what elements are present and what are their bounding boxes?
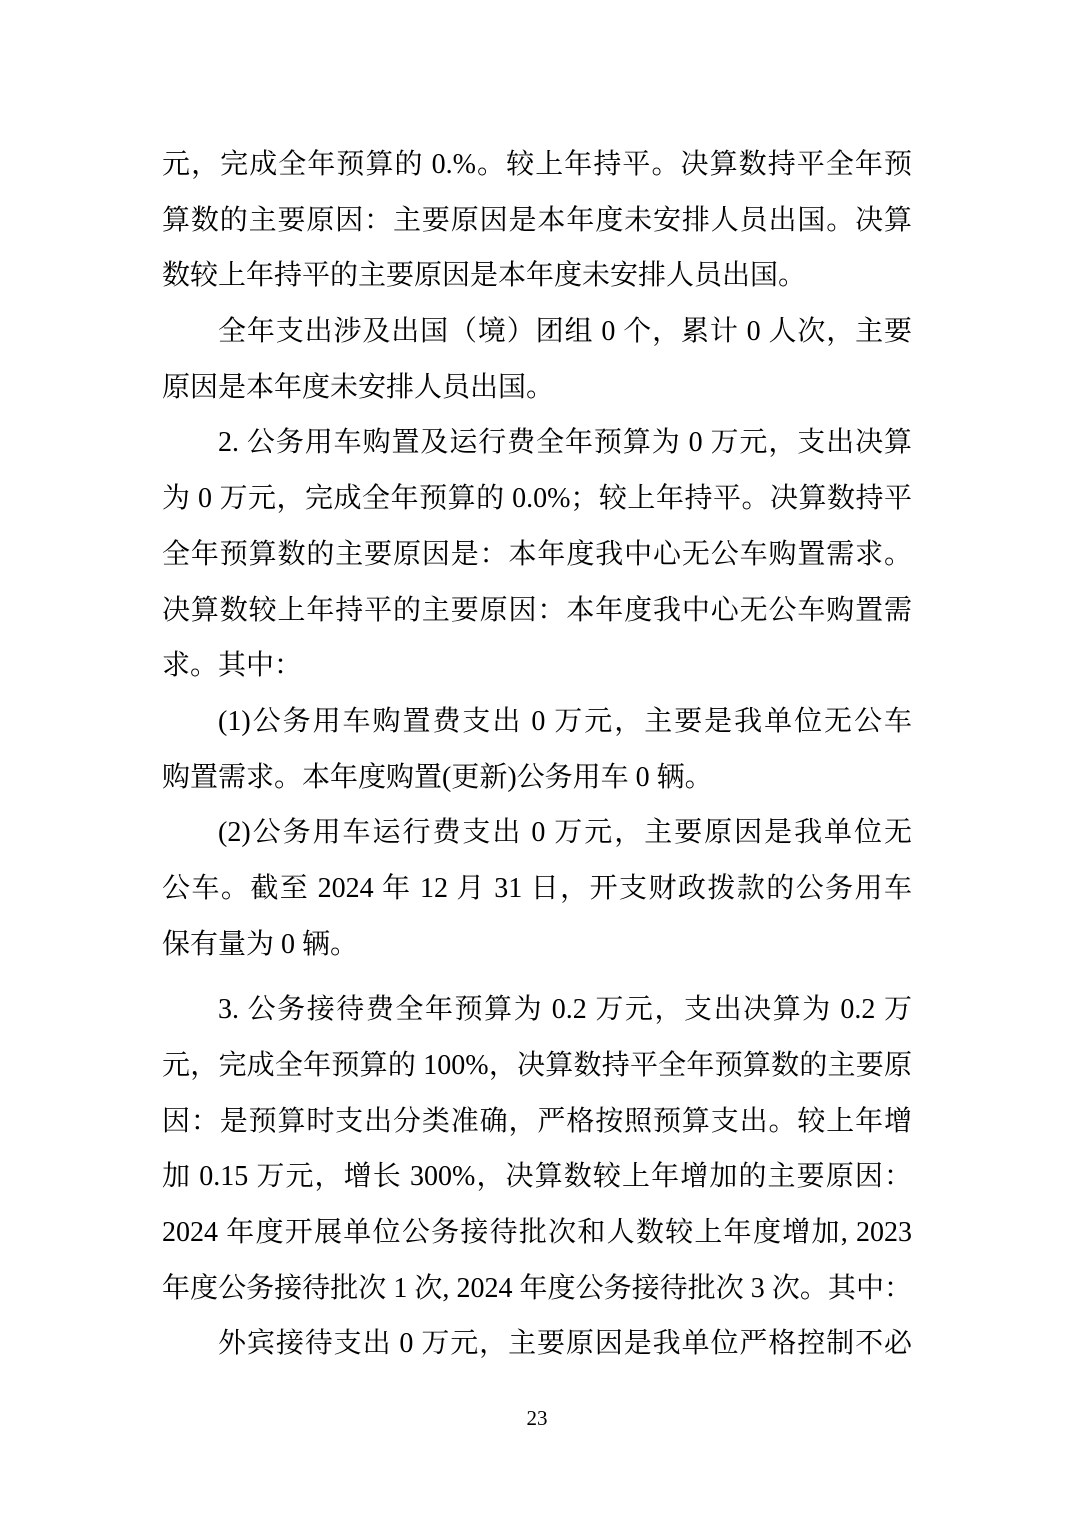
- text-line: (2)公务用车运行费支出 0 万元，主要原因是我单位无: [162, 805, 912, 861]
- text-line: 算数的主要原因：主要原因是本年度未安排人员出国。决算: [162, 193, 912, 249]
- text-line: 求。其中：: [162, 638, 912, 694]
- text-line: 数较上年持平的主要原因是本年度未安排人员出国。: [162, 248, 912, 304]
- text-line: 外宾接待支出 0 万元，主要原因是我单位严格控制不必: [162, 1316, 912, 1372]
- document-page: 元，完成全年预算的 0.%。较上年持平。决算数持平全年预算数的主要原因：主要原因…: [0, 0, 1074, 1520]
- document-body: 元，完成全年预算的 0.%。较上年持平。决算数持平全年预算数的主要原因：主要原因…: [162, 137, 912, 1372]
- text-line: 保有量为 0 辆。: [162, 917, 912, 973]
- text-line: 全年支出涉及出国（境）团组 0 个，累计 0 人次，主要: [162, 304, 912, 360]
- paragraph: (2)公务用车运行费支出 0 万元，主要原因是我单位无公车。截至 2024 年 …: [162, 805, 912, 972]
- paragraph: 元，完成全年预算的 0.%。较上年持平。决算数持平全年预算数的主要原因：主要原因…: [162, 137, 912, 304]
- text-line: 因：是预算时支出分类准确，严格按照预算支出。较上年增: [162, 1094, 912, 1150]
- text-line: 购置需求。本年度购置(更新)公务用车 0 辆。: [162, 750, 912, 806]
- text-line: 决算数较上年持平的主要原因：本年度我中心无公车购置需: [162, 583, 912, 639]
- text-line: (1)公务用车购置费支出 0 万元，主要是我单位无公车: [162, 694, 912, 750]
- text-line: 3. 公务接待费全年预算为 0.2 万元，支出决算为 0.2 万: [162, 982, 912, 1038]
- paragraph: 外宾接待支出 0 万元，主要原因是我单位严格控制不必: [162, 1316, 912, 1372]
- text-line: 为 0 万元，完成全年预算的 0.0%；较上年持平。决算数持平: [162, 471, 912, 527]
- paragraph: 全年支出涉及出国（境）团组 0 个，累计 0 人次，主要原因是本年度未安排人员出…: [162, 304, 912, 415]
- text-line: 元，完成全年预算的 0.%。较上年持平。决算数持平全年预: [162, 137, 912, 193]
- text-line: 2024 年度开展单位公务接待批次和人数较上年度增加, 2023: [162, 1205, 912, 1261]
- text-line: 元，完成全年预算的 100%，决算数持平全年预算数的主要原: [162, 1038, 912, 1094]
- text-line: 年度公务接待批次 1 次, 2024 年度公务接待批次 3 次。其中：: [162, 1261, 912, 1317]
- paragraph: 3. 公务接待费全年预算为 0.2 万元，支出决算为 0.2 万元，完成全年预算…: [162, 982, 912, 1316]
- text-line: 2. 公务用车购置及运行费全年预算为 0 万元，支出决算: [162, 415, 912, 471]
- paragraph: (1)公务用车购置费支出 0 万元，主要是我单位无公车购置需求。本年度购置(更新…: [162, 694, 912, 805]
- paragraph: 2. 公务用车购置及运行费全年预算为 0 万元，支出决算为 0 万元，完成全年预…: [162, 415, 912, 693]
- text-line: 公车。截至 2024 年 12 月 31 日，开支财政拨款的公务用车: [162, 861, 912, 917]
- text-line: 加 0.15 万元，增长 300%，决算数较上年增加的主要原因：: [162, 1149, 912, 1205]
- text-line: 全年预算数的主要原因是：本年度我中心无公车购置需求。: [162, 527, 912, 583]
- text-line: 原因是本年度未安排人员出国。: [162, 360, 912, 416]
- page-number: 23: [0, 1404, 1074, 1432]
